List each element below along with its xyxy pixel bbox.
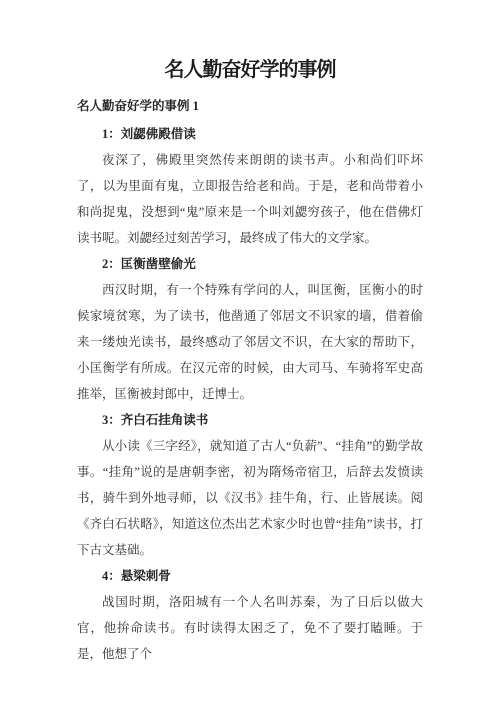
section-3-heading: 3：齐白石挂角读书 (77, 407, 423, 433)
section-1: 1：刘勰佛殿借读 夜深了，佛殿里突然传来朗朗的读书声。小和尚们吓坏了，以为里面有… (77, 121, 423, 251)
section-2-heading: 2：匡衡凿壁偷光 (77, 251, 423, 277)
section-4: 4：悬梁刺骨 战国时期，洛阳城有一个人名叫苏秦，为了日后以做大官，他拚命读书。有… (77, 563, 423, 667)
section-4-heading: 4：悬梁刺骨 (77, 563, 423, 589)
document-page: 名人勤奋好学的事例 名人勤奋好学的事例 1 1：刘勰佛殿借读 夜深了，佛殿里突然… (0, 0, 500, 707)
document-body: 名人勤奋好学的事例 名人勤奋好学的事例 1 1：刘勰佛殿借读 夜深了，佛殿里突然… (0, 0, 500, 667)
section-1-paragraph: 夜深了，佛殿里突然传来朗朗的读书声。小和尚们吓坏了，以为里面有鬼，立即报告给老和… (77, 147, 423, 251)
section-3: 3：齐白石挂角读书 从小读《三字经》，就知道了古人“负薪”、“挂角”的勤学故事。… (77, 407, 423, 563)
document-title: 名人勤奋好学的事例 (77, 56, 423, 84)
section-1-heading: 1：刘勰佛殿借读 (77, 121, 423, 147)
document-subtitle: 名人勤奋好学的事例 1 (77, 98, 423, 115)
section-2: 2：匡衡凿壁偷光 西汉时期，有一个特殊有学问的人，叫匡衡，匡衡小的时候家境贫寒，… (77, 251, 423, 407)
section-3-paragraph: 从小读《三字经》，就知道了古人“负薪”、“挂角”的勤学故事。“挂角”说的是唐朝李… (77, 433, 423, 563)
section-4-paragraph: 战国时期，洛阳城有一个人名叫苏秦，为了日后以做大官，他拚命读书。有时读得太困乏了… (77, 589, 423, 667)
section-2-paragraph: 西汉时期，有一个特殊有学问的人，叫匡衡，匡衡小的时候家境贫寒，为了读书，他凿通了… (77, 277, 423, 407)
